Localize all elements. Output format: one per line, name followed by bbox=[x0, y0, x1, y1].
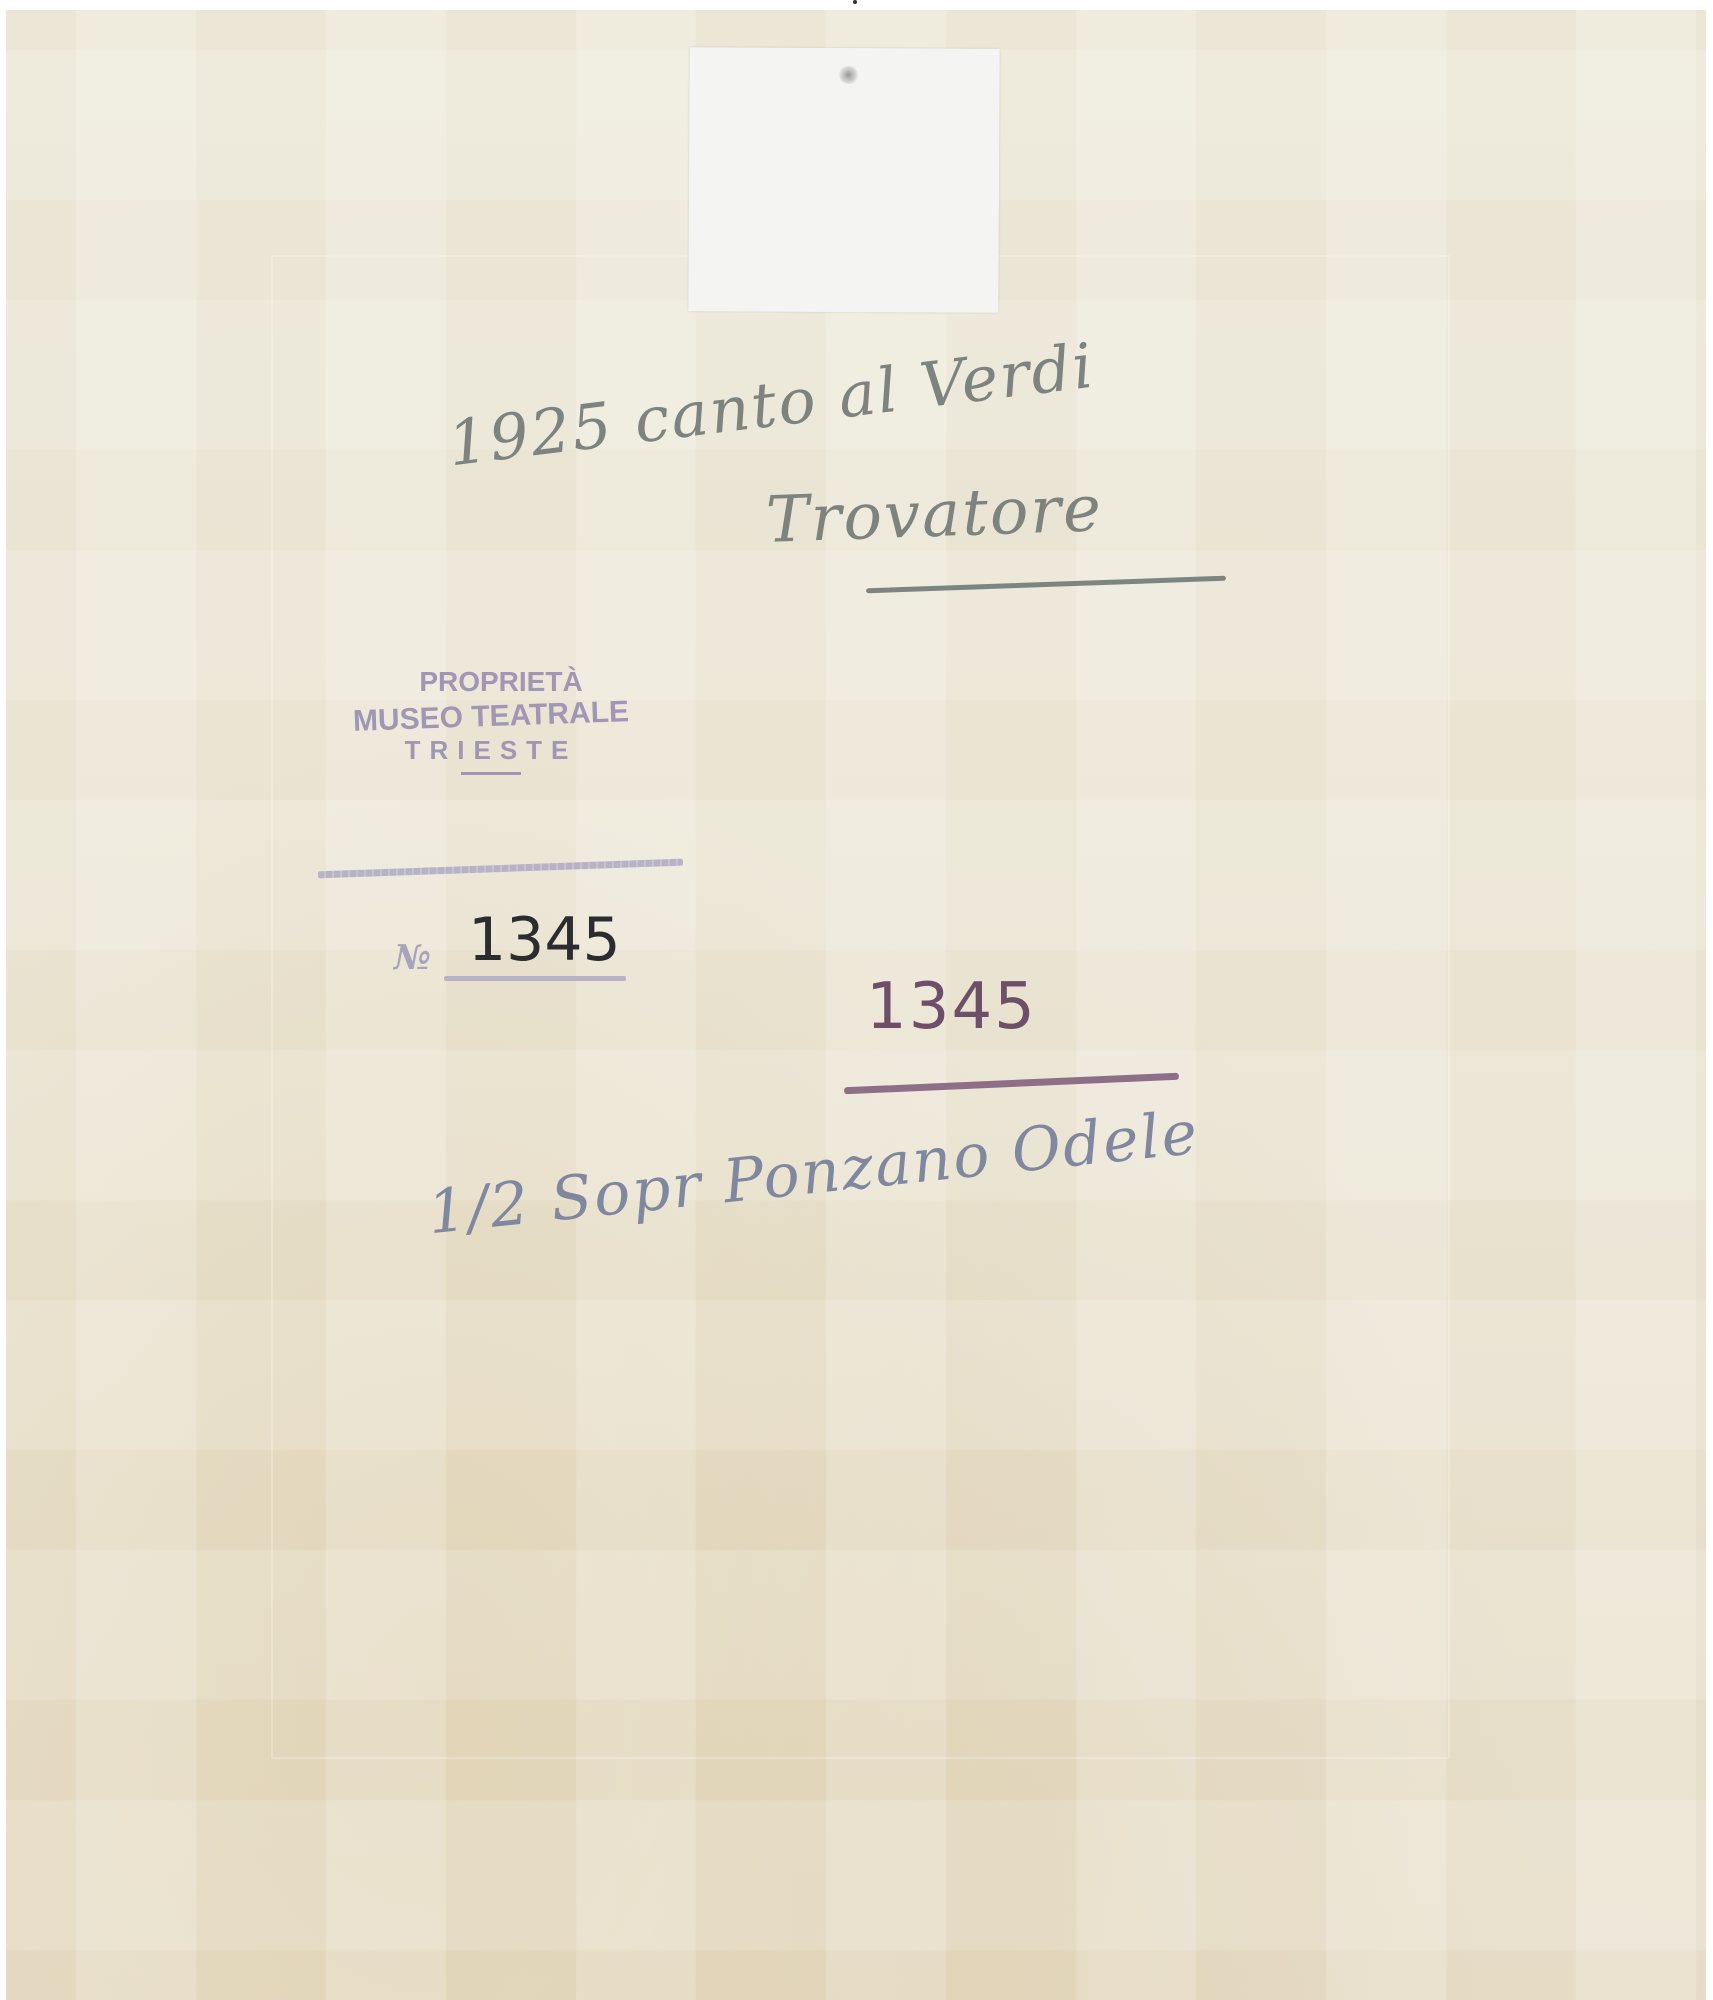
paper-tape bbox=[688, 47, 999, 313]
stamp-line-trieste: TRIESTE bbox=[331, 735, 651, 766]
number-sign: № bbox=[394, 938, 431, 978]
speck bbox=[853, 0, 857, 4]
stamp-line-proprieta: PROPRIETÀ bbox=[351, 665, 651, 699]
inventory-number: 1345 bbox=[468, 905, 621, 975]
inventory-number-repeat: 1345 bbox=[866, 970, 1037, 1044]
inventory-underline bbox=[444, 976, 626, 981]
handwritten-note-opera: Trovatore bbox=[765, 472, 1104, 558]
stamp-line-museo: MUSEO TEATRALE bbox=[330, 693, 651, 740]
photo-card-back: 1925 canto al Verdi Trovatore PROPRIETÀ … bbox=[6, 10, 1706, 2000]
museum-stamp: PROPRIETÀ MUSEO TEATRALE TRIESTE bbox=[331, 665, 651, 775]
stamp-dash bbox=[461, 772, 521, 775]
tape-stain-icon bbox=[838, 66, 860, 84]
